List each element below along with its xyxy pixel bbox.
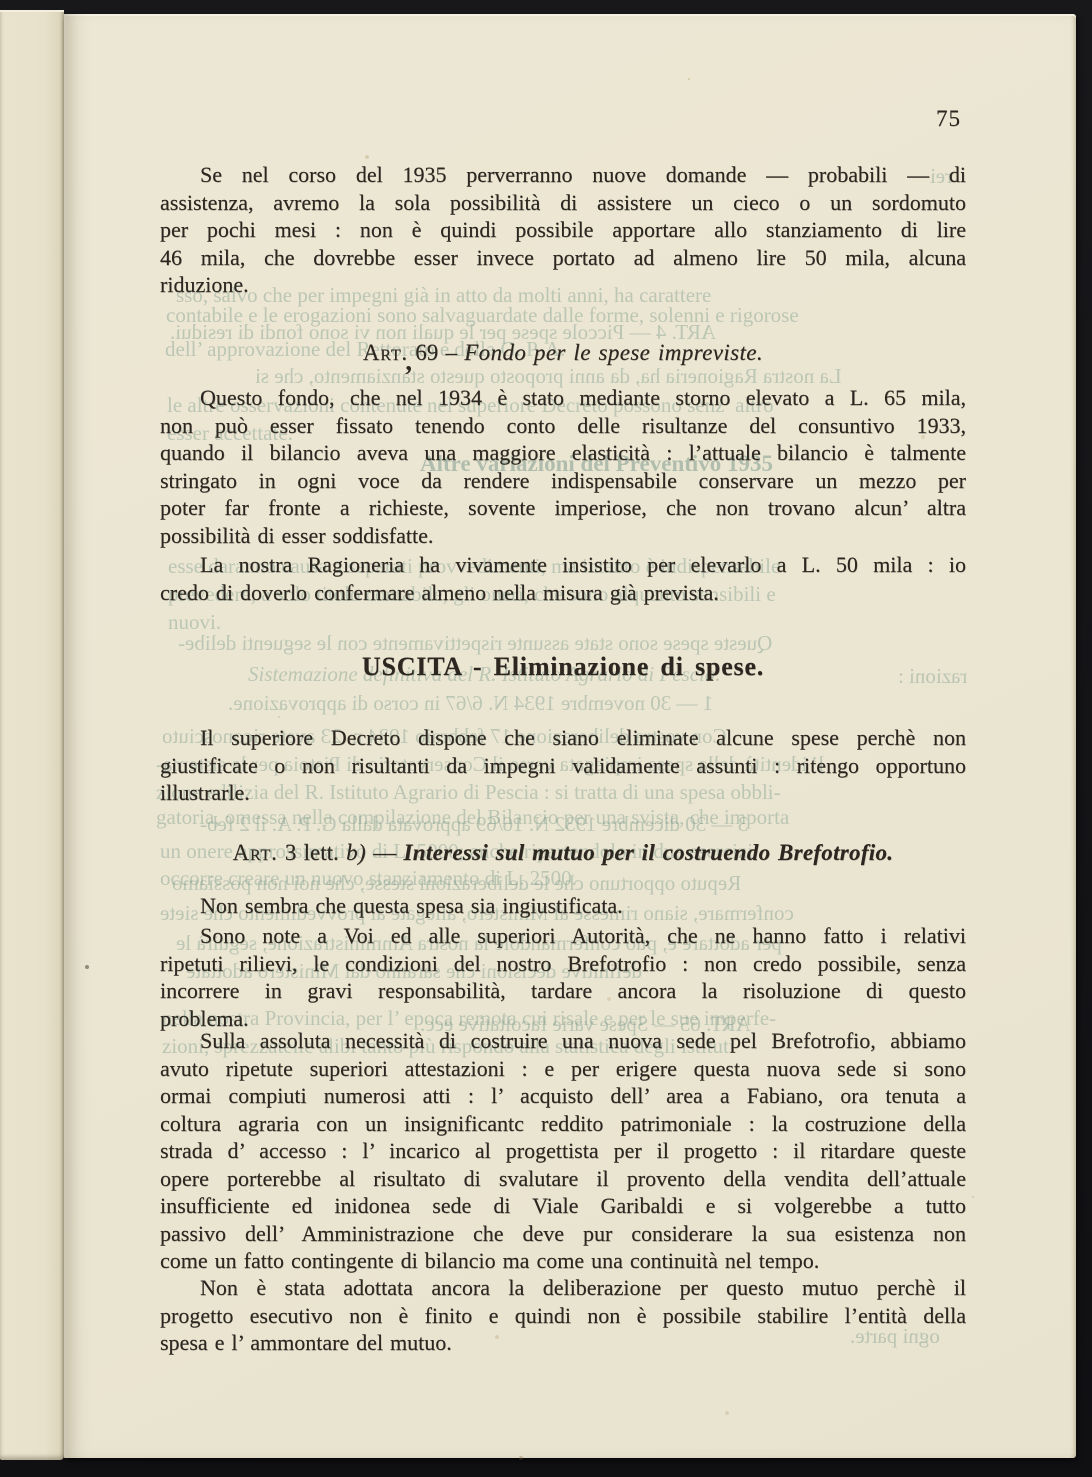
heading-span: Art.	[363, 340, 408, 365]
paragraph: Se nel corso del 1935 perverranno nuove …	[160, 161, 966, 299]
paragraph: Non sembra che questa spesa sia ingiusti…	[160, 892, 966, 920]
text-line: credo di doverlo confermare almeno nella…	[160, 579, 966, 607]
paragraph: Il superiore Decreto dispone che siano e…	[160, 724, 966, 807]
heading-span: —	[366, 840, 404, 865]
text-line: incorrere in gravi responsabilità, tarda…	[160, 977, 966, 1005]
text-line: Questo fondo, che nel 1934 è stato media…	[160, 384, 966, 412]
text-line: come un fatto contingente di bilancio ma…	[160, 1247, 966, 1275]
text-line: progetto esecutivo non è finito e quindi…	[160, 1302, 966, 1330]
page-text: Se nel corso del 1935 perverranno nuove …	[64, 14, 1076, 1458]
text-line: illustrarle.	[160, 779, 966, 807]
heading-span: Fondo per le spese impreviste.	[464, 340, 763, 365]
text-line: strada d’ accesso : l’ incarico al proge…	[160, 1137, 966, 1165]
text-line: La nostra Ragioneria ha vivamente insist…	[160, 551, 966, 579]
text-line: passivo dell’ Amministrazione che deve p…	[160, 1220, 966, 1248]
paper-specks	[64, 14, 66, 16]
paragraph: Questo fondo, che nel 1934 è stato media…	[160, 384, 966, 549]
scanned-book-photo: 75 reisso, salvo che per impegni già in …	[0, 0, 1092, 1477]
heading-span: Interessi sul mutuo per il costruendo Br…	[404, 840, 894, 865]
previous-page-edge	[0, 10, 64, 1460]
text-line: spesa e l’ ammontare del mutuo.	[160, 1329, 966, 1357]
text-line: poter far fronte a richieste, sovente im…	[160, 494, 966, 522]
text-line: assistenza, avremo la sola possibilità d…	[160, 189, 966, 217]
book-page: 75 reisso, salvo che per impegni già in …	[64, 14, 1076, 1458]
paragraph: Sulla assoluta necessità di costruire un…	[160, 1027, 966, 1275]
text-line: ripetuti rilievi, le condizioni del nost…	[160, 950, 966, 978]
heading-span: 69 –	[408, 340, 464, 365]
ink-mark: ’	[404, 360, 413, 391]
text-line: opere porterebbe al risultato di svaluta…	[160, 1165, 966, 1193]
text-line: quando il bilancio aveva una maggiore el…	[160, 439, 966, 467]
text-line: insufficiente ed inidonea sede di Viale …	[160, 1192, 966, 1220]
text-line: Se nel corso del 1935 perverranno nuove …	[160, 161, 966, 189]
text-line: avuto ripetute superiori attestazioni : …	[160, 1055, 966, 1083]
text-line: possibilità di esser soddisfatte.	[160, 522, 966, 550]
heading-span: 3 lett.	[278, 840, 346, 865]
text-line: ormai compiuti numerosi atti : l’ acquis…	[160, 1082, 966, 1110]
text-line: coltura agraria con un insignificantc re…	[160, 1110, 966, 1138]
section-heading: USCITA - Eliminazione di spese.	[160, 652, 966, 682]
heading-span: Art.	[233, 840, 278, 865]
text-line: riduzione.	[160, 271, 966, 299]
text-line: giustificate o non risultanti da impegni…	[160, 752, 966, 780]
paragraph: Non è stata adottata ancora la deliberaz…	[160, 1274, 966, 1357]
text-line: 46 mila, che dovrebbe esser invece porta…	[160, 244, 966, 272]
text-line: Sono note a Voi ed alle superiori Autori…	[160, 922, 966, 950]
text-line: Non sembra che questa spesa sia ingiusti…	[160, 892, 966, 920]
text-line: Il superiore Decreto dispone che siano e…	[160, 724, 966, 752]
article-heading: Art. 69 – Fondo per le spese impreviste.	[160, 339, 966, 367]
text-line: Sulla assoluta necessità di costruire un…	[160, 1027, 966, 1055]
heading-span: b)	[346, 840, 366, 865]
paragraph: La nostra Ragioneria ha vivamente insist…	[160, 551, 966, 606]
paragraph: Sono note a Voi ed alle superiori Autori…	[160, 922, 966, 1032]
text-line: Non è stata adottata ancora la deliberaz…	[160, 1274, 966, 1302]
text-line: non può esser fissato tenendo conto dell…	[160, 412, 966, 440]
text-line: per pochi mesi : non è quindi possibile …	[160, 216, 966, 244]
text-line: stringato in ogni voce da rendere indisp…	[160, 467, 966, 495]
article-heading: Art. 3 lett. b) — Interessi sul mutuo pe…	[160, 839, 966, 867]
